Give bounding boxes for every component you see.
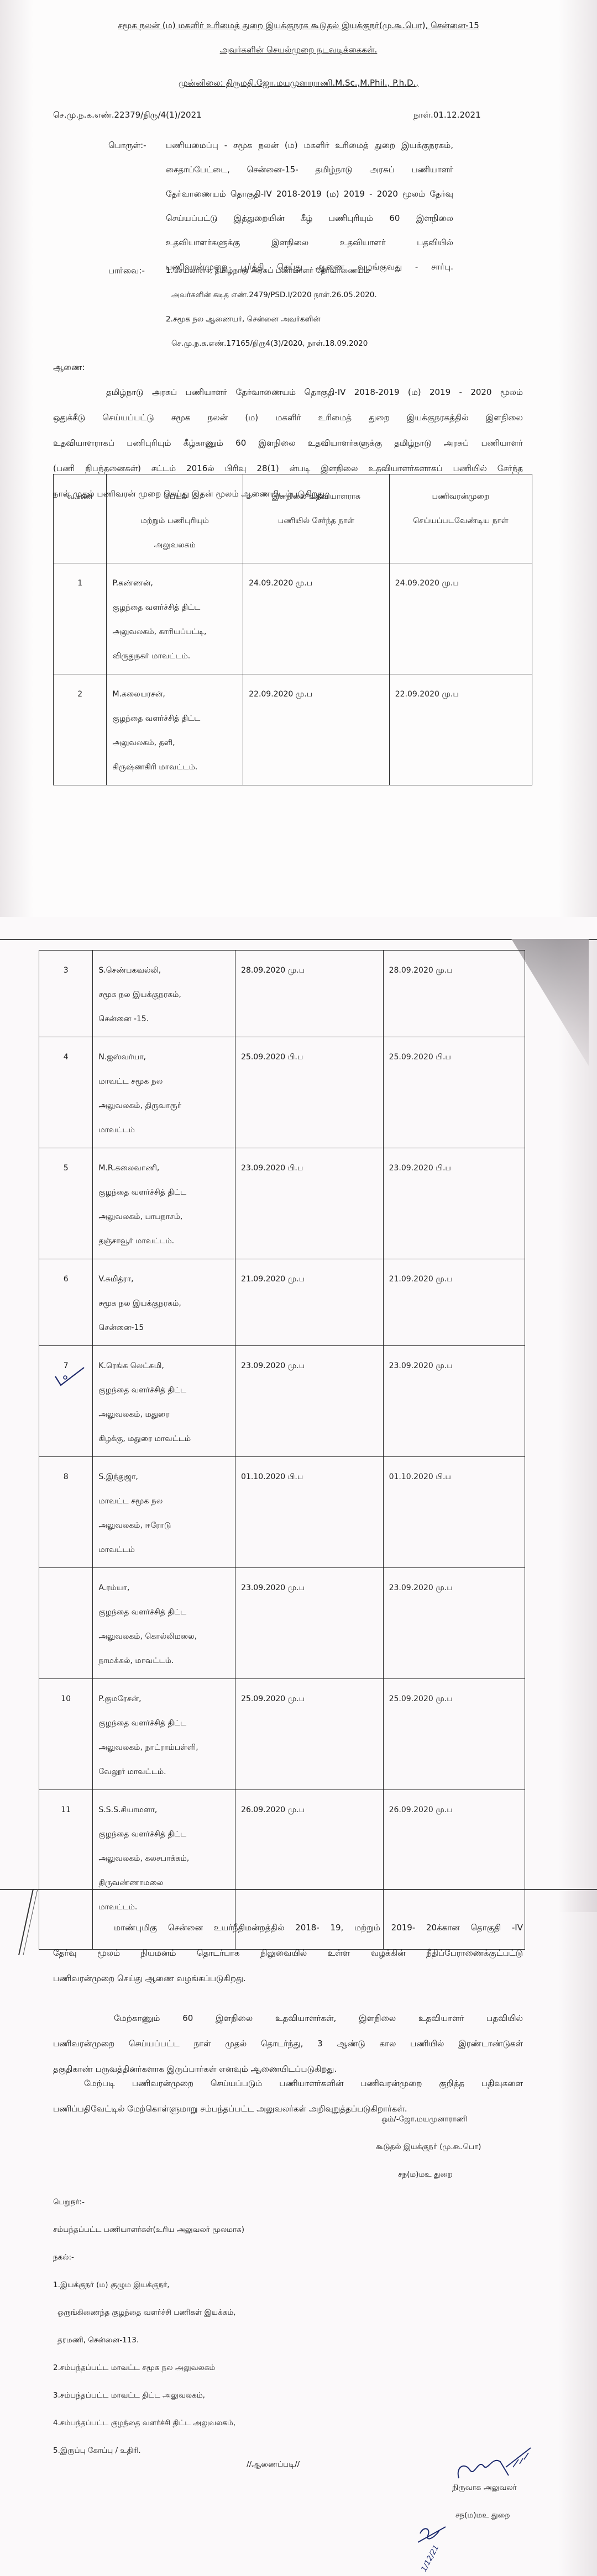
scan-shading-right [558, 1890, 597, 2576]
serial-number: 4 [39, 1037, 93, 1148]
serial-number: 5 [39, 1148, 93, 1259]
copy-item: தரமணி, சென்னை-113. [57, 2335, 139, 2346]
reference-line: செ.மு.ந.க.எண்.17165/நிரு4(3)/2020, நாள்.… [171, 338, 368, 349]
page-3: மாண்புமிகு சென்னை உயர்நீதிமன்றத்தில் 201… [0, 1890, 597, 2576]
name-office: P.குமரேசன்,குழந்தை வளர்ச்சித் திட்டஅலுவல… [93, 1679, 235, 1790]
regularization-date: 23.09.2020 மு.ப [383, 1568, 525, 1679]
column-header: இளநிலை உதவியாளராகபணியில் சேர்ந்த நாள் [243, 474, 390, 563]
separator: ...... [292, 338, 303, 349]
subject-line: செய்யப்பட்டு இத்துறையின் கீழ் பணிபுரியும… [166, 213, 453, 224]
subject-line: சைதாப்பேட்டை, சென்னை-15- தமிழ்நாடு அரசுப… [166, 164, 453, 175]
regularization-date: 01.10.2020 பி.ப [383, 1457, 525, 1568]
order-line: (பணி நிபந்தனைகள்) சட்டம் 2016ல் பிரிவு 2… [53, 463, 523, 474]
table-row: 5M.R.கலைவாணி,குழந்தை வளர்ச்சித் திட்டஅலு… [39, 1148, 525, 1259]
table-row: A.ரம்யா,குழந்தை வளர்ச்சித் திட்டஅலுவலகம்… [39, 1568, 525, 1679]
name-office: M.R.கலைவாணி,குழந்தை வளர்ச்சித் திட்டஅலுவ… [93, 1148, 235, 1259]
serial-number: 1 [54, 563, 107, 674]
subject-line: பணியமைப்பு - சமூக நலன் (ம) மகளிர் உரிமைத… [166, 140, 453, 151]
joining-date: 22.09.2020 மு.ப [243, 674, 390, 785]
reference-label: பார்வை:- [108, 265, 145, 276]
scan-shading-right [558, 0, 597, 917]
copy-item: 4.சம்பந்தப்பட்ட குழந்தை வளர்ச்சி திட்ட அ… [53, 2417, 235, 2429]
copy-item: 2.சம்பந்தப்பட்ட மாவட்ட சமூக நல அலுவலகம் [53, 2362, 215, 2373]
reference-line: 1.செயலாளர், தமிழ்நாடு அரசுப் பணியாளர் தே… [166, 265, 370, 276]
regularization-date: 25.09.2020 மு.ப [383, 1679, 525, 1790]
court-line: பணிவரன்முறை செய்து ஆணை வழங்கப்படுகிறது. [53, 1973, 246, 1984]
table-row: 7K.ரெங்க லெட்சுமி,குழந்தை வளர்ச்சித் திட… [39, 1346, 525, 1457]
order-line: உதவியாளராகப் பணிபுரியும் கீழ்காணும் 60 இ… [53, 437, 523, 448]
serial-number: 7 [39, 1346, 93, 1457]
table-row: 10P.குமரேசன்,குழந்தை வளர்ச்சித் திட்டஅலு… [39, 1679, 525, 1790]
table-row: 8S.இந்துஜா,மாவட்ட சமூக நலஅலுவலகம், ஈரோடு… [39, 1457, 525, 1568]
joining-date: 28.09.2020 மு.ப [235, 951, 384, 1037]
name-office: A.ரம்யா,குழந்தை வளர்ச்சித் திட்டஅலுவலகம்… [93, 1568, 235, 1679]
copy-item: 3.சம்பந்தப்பட்ட மாவட்ட திட்ட அலுவலகம், [53, 2390, 205, 2401]
serial-number: 2 [54, 674, 107, 785]
reference-line: 2.சமூக நல ஆணையர், சென்னை அவர்களின் [166, 314, 321, 325]
joining-date: 23.09.2020 பி.ப [235, 1148, 384, 1259]
regularization-table-part-1: வ.எண்பெயர்மற்றும் பணிபுரியும்அலுவலகம்இளந… [53, 474, 532, 785]
probation-line: தகுதிகாண் பருவத்தினர்களாக இருப்பார்கள் எ… [53, 2063, 337, 2074]
regularization-date: 28.09.2020 மு.ப [383, 951, 525, 1037]
page-2: 3S.செண்பகவல்லி,சமூக நல இயக்குநரகம்,சென்ன… [0, 940, 597, 1912]
name-office: V.சுமித்ரா,சமூக நல இயக்குநரகம்,சென்னை-15 [93, 1259, 235, 1346]
joining-date: 25.09.2020 மு.ப [235, 1679, 384, 1790]
document-date: நாள்.01.12.2021 [413, 109, 481, 120]
header-line-1: சமூக நலன் (ம) மகளிர் உரிமைத் துறை இயக்கு… [0, 20, 597, 31]
records-line: பணிப்பதிவேட்டில் மேற்கொள்ளுமாறு சம்பந்தப… [53, 2103, 407, 2114]
name-office: N.ஐஸ்வர்யா,மாவட்ட சமூக நலஅலுவலகம், திருவ… [93, 1037, 235, 1148]
copy-item: 1.இயக்குநர் (ம) குழும இயக்குநர், [53, 2279, 170, 2290]
name-office: M.கலையரசன்,குழந்தை வளர்ச்சித் திட்டஅலுவல… [107, 674, 243, 785]
serial-number: 8 [39, 1457, 93, 1568]
serial-number: 3 [39, 951, 93, 1037]
reference-number: செ.மு.ந.க.எண்.22379/நிரு/4(1)/2021 [53, 109, 202, 120]
regularization-date: 24.09.2020 மு.ப [389, 563, 532, 674]
table-row: 2M.கலையரசன்,குழந்தை வளர்ச்சித் திட்டஅலுவ… [54, 674, 532, 785]
signatory-title: கூடுதல் இயக்குநர் (மு.கூ.பொ) [376, 2141, 481, 2152]
recipient: சம்பந்தப்பட்ட பணியாளர்கள்(உரிய அலுவலர் ம… [53, 2224, 244, 2235]
presiding-officer: முன்னிலை: திருமதி.ஜோ.மயமுனாராணி.M.Sc.,M.… [0, 77, 597, 88]
table-header-row: வ.எண்பெயர்மற்றும் பணிபுரியும்அலுவலகம்இளந… [54, 474, 532, 563]
table-row: 3S.செண்பகவல்லி,சமூக நல இயக்குநரகம்,சென்ன… [39, 951, 525, 1037]
column-header: பணிவரன்முறைசெய்யப்படவேண்டிய நாள் [389, 474, 532, 563]
order-line: தமிழ்நாடு அரசுப் பணியாளர் தேர்வாணையம் தொ… [106, 387, 523, 398]
regularization-date: 23.09.2020 மு.ப [383, 1346, 525, 1457]
signatory-dept: சந(ம)மஉ துறை [398, 2169, 453, 2180]
column-header: வ.எண் [54, 474, 107, 563]
recipient-label: பெறுநர்:- [53, 2197, 85, 2208]
serial-number: 10 [39, 1679, 93, 1790]
order-label: ஆணை: [53, 362, 85, 373]
joining-date: 21.09.2020 மு.ப [235, 1259, 384, 1346]
table-row: 4N.ஐஸ்வர்யா,மாவட்ட சமூக நலஅலுவலகம், திரு… [39, 1037, 525, 1148]
subject-label: பொருள்:- [108, 140, 146, 151]
serial-number: 6 [39, 1259, 93, 1346]
records-line: மேற்படி பணிவரன்முறை செய்யப்படும் பணியாளர… [84, 2078, 523, 2089]
probation-line: பணிவரன்முறை செய்யப்பட்ட நாள் முதல் தொடர்… [53, 2038, 523, 2049]
probation-line: மேற்காணும் 60 இளநிலை உதவியாளர்கள், இளநில… [114, 2013, 523, 2024]
regularization-date: 25.09.2020 பி.ப [383, 1037, 525, 1148]
joining-date: 23.09.2020 மு.ப [235, 1568, 384, 1679]
serial-number [39, 1568, 93, 1679]
joining-date: 24.09.2020 மு.ப [243, 563, 390, 674]
page-1: சமூக நலன் (ம) மகளிர் உரிமைத் துறை இயக்கு… [0, 0, 597, 917]
regularization-table-part-2: 3S.செண்பகவல்லி,சமூக நல இயக்குநரகம்,சென்ன… [39, 950, 525, 1950]
copy-item: 5.இருப்பு கோப்பு / உதிரி. [53, 2445, 141, 2456]
signatory-name: ஒம்/-ஜோ.மயமுனாராணி [381, 2114, 467, 2125]
name-office: P.கண்ணன்,குழந்தை வளர்ச்சித் திட்டஅலுவலகம… [107, 563, 243, 674]
attesting-dept: சந(ம)மஉ துறை [455, 2510, 510, 2521]
name-office: S.செண்பகவல்லி,சமூக நல இயக்குநரகம்,சென்னை… [93, 951, 235, 1037]
column-header: பெயர்மற்றும் பணிபுரியும்அலுவலகம் [107, 474, 243, 563]
reference-line: அவர்களின் கடித எண்.2479/PSD.I/2020 நாள்.… [171, 289, 377, 300]
table-row: 6V.சுமித்ரா,சமூக நல இயக்குநரகம்,சென்னை-1… [39, 1259, 525, 1346]
joining-date: 25.09.2020 பி.ப [235, 1037, 384, 1148]
handwritten-tick-icon [53, 1365, 86, 1387]
court-line: தேர்வு மூலம் நியமனம் தொடர்பாக நிலுவையில்… [53, 1947, 523, 1959]
scan-shading-left [0, 0, 33, 917]
regularization-date: 23.09.2020 பி.ப [383, 1148, 525, 1259]
joining-date: 23.09.2020 மு.ப [235, 1346, 384, 1457]
order-line: ஒதுக்கீடு செய்யப்பட்டு சமூக நலன் (ம) மகள… [53, 412, 523, 423]
subject-line: உதவியாளர்களுக்கு இளநிலை உதவியாளர் பதவியி… [166, 237, 453, 248]
court-line: மாண்புமிகு சென்னை உயர்நீதிமன்றத்தில் 201… [114, 1922, 523, 1933]
scan-shading-right [558, 940, 597, 1912]
name-office: S.இந்துஜா,மாவட்ட சமூக நலஅலுவலகம், ஈரோடும… [93, 1457, 235, 1568]
regularization-date: 21.09.2020 மு.ப [383, 1259, 525, 1346]
joining-date: 01.10.2020 பி.ப [235, 1457, 384, 1568]
by-order: //ஆணைப்படி// [247, 2459, 300, 2470]
signature-icon [453, 2445, 536, 2484]
regularization-date: 22.09.2020 மு.ப [389, 674, 532, 785]
table-row: 1P.கண்ணன்,குழந்தை வளர்ச்சித் திட்டஅலுவலக… [54, 563, 532, 674]
header-line-2: அவர்களின் செயல்முறை நடவடிக்கைகள். [0, 44, 597, 55]
name-office: K.ரெங்க லெட்சுமி,குழந்தை வளர்ச்சித் திட்… [93, 1346, 235, 1457]
subject-line: தேர்வாணையம் தொகுதி-IV 2018-2019 (ம) 2019… [166, 188, 453, 199]
copy-item: ஒருங்கிணைந்த குழந்தை வளர்ச்சி பணிகள் இயக… [57, 2307, 236, 2318]
attesting-title: நிருவாக அலுவலர் [452, 2482, 517, 2493]
copy-label: நகல்:- [53, 2252, 74, 2263]
